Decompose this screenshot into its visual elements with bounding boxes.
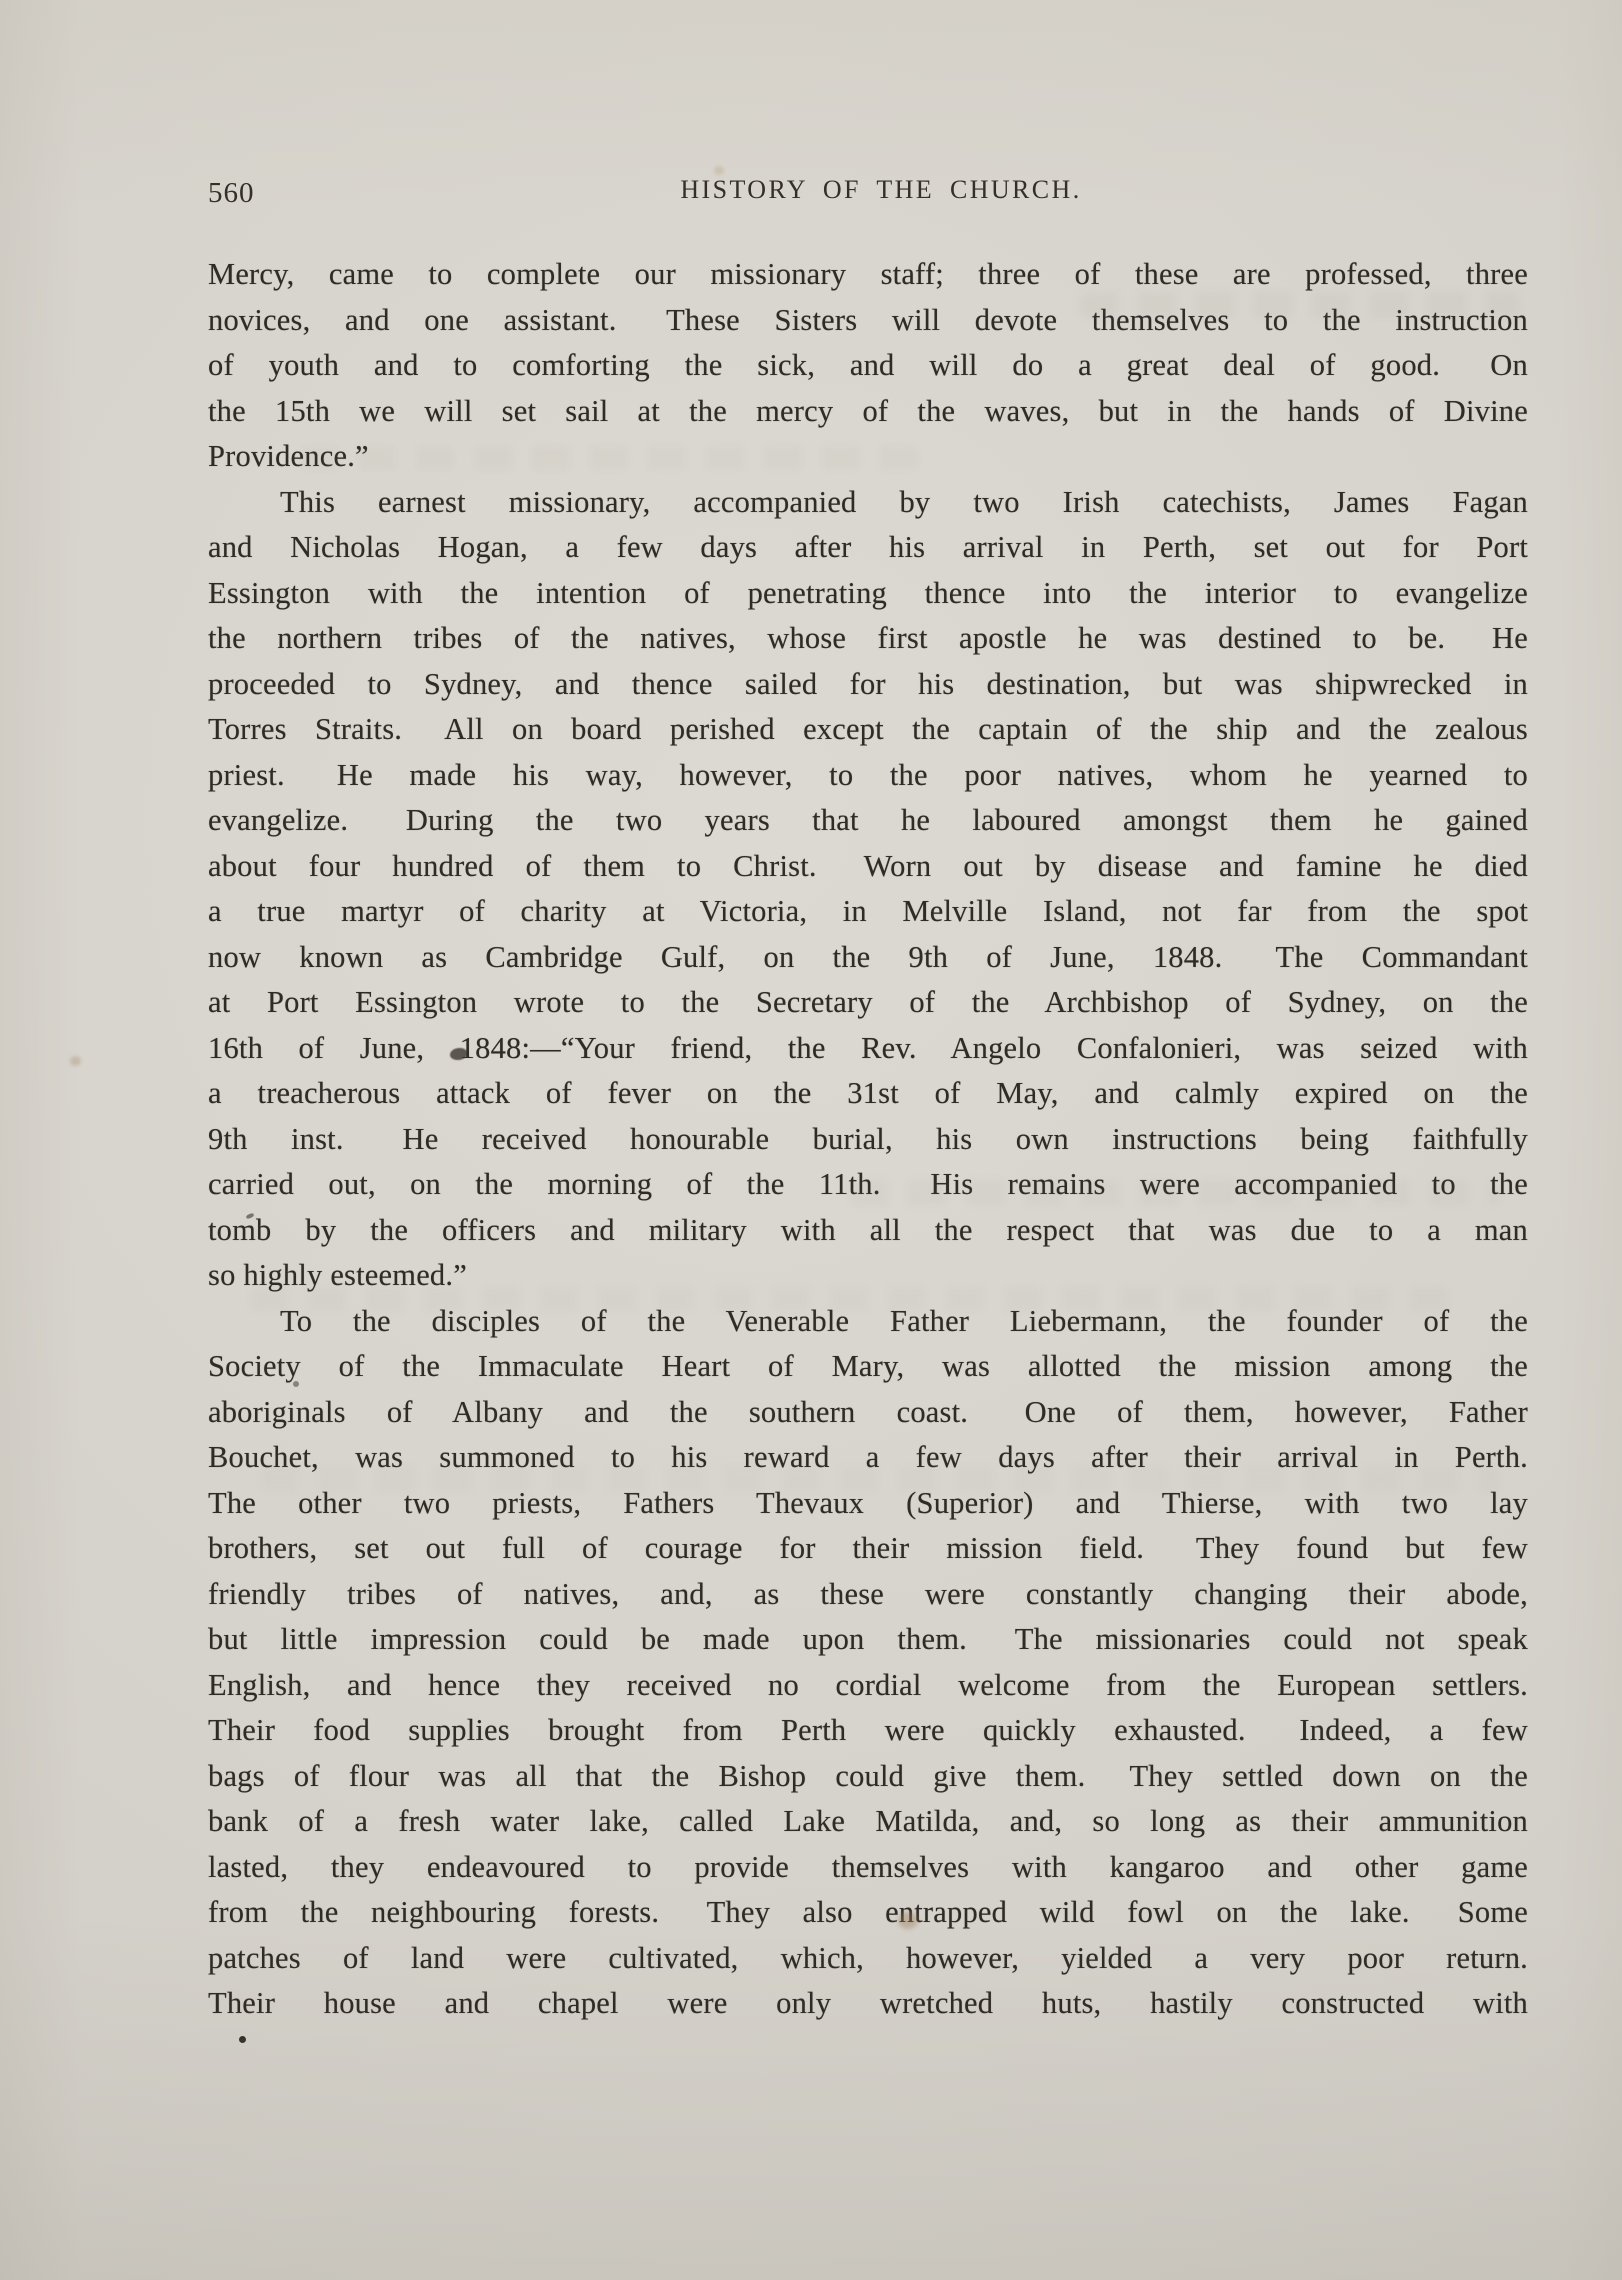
- text-block: Mercy, came to complete our missionary s…: [208, 252, 1528, 2027]
- text-line: Their house and chapel were only wretche…: [208, 1981, 1528, 2027]
- text-line: bags of flour was all that the Bishop co…: [208, 1754, 1528, 1800]
- text-line: Society of the Immaculate Heart of Mary,…: [208, 1344, 1528, 1390]
- text-line: at Port Essington wrote to the Secretary…: [208, 980, 1528, 1026]
- text-line: patches of land were cultivated, which, …: [208, 1936, 1528, 1982]
- text-line: priest. He made his way, however, to the…: [208, 753, 1528, 799]
- text-line: Bouchet, was summoned to his reward a fe…: [208, 1435, 1528, 1481]
- text-line: the northern tribes of the natives, whos…: [208, 616, 1528, 662]
- text-line: the 15th we will set sail at the mercy o…: [208, 389, 1528, 435]
- text-line: proceeded to Sydney, and thence sailed f…: [208, 662, 1528, 708]
- text-line: but little impression could be made upon…: [208, 1617, 1528, 1663]
- text-line: English, and hence they received no cord…: [208, 1663, 1528, 1709]
- book-page: 560 HISTORY OF THE CHURCH. Mercy, came t…: [0, 0, 1622, 2280]
- text-line: Providence.”: [208, 434, 1528, 480]
- text-line: This earnest missionary, accompanied by …: [208, 480, 1528, 526]
- text-line: a treacherous attack of fever on the 31s…: [208, 1071, 1528, 1117]
- text-line: from the neighbouring forests. They also…: [208, 1890, 1528, 1936]
- text-line: Torres Straits. All on board perished ex…: [208, 707, 1528, 753]
- text-line: To the disciples of the Venerable Father…: [208, 1299, 1528, 1345]
- text-line: aboriginals of Albany and the southern c…: [208, 1390, 1528, 1436]
- text-line: lasted, they endeavoured to provide them…: [208, 1845, 1528, 1891]
- text-line: bank of a fresh water lake, called Lake …: [208, 1799, 1528, 1845]
- paper-speck: [70, 1056, 81, 1066]
- text-line: so highly esteemed.”: [208, 1253, 1528, 1299]
- text-line: now known as Cambridge Gulf, on the 9th …: [208, 935, 1528, 981]
- text-line: of youth and to comforting the sick, and…: [208, 343, 1528, 389]
- text-line: 9th inst. He received honourable burial,…: [208, 1117, 1528, 1163]
- text-line: evangelize. During the two years that he…: [208, 798, 1528, 844]
- text-line: about four hundred of them to Christ. Wo…: [208, 844, 1528, 890]
- page-number: 560: [208, 177, 255, 210]
- text-line: brothers, set out full of courage for th…: [208, 1526, 1528, 1572]
- text-line: tomb by the officers and military with a…: [208, 1208, 1528, 1254]
- ink-dot-artifact: [239, 2036, 246, 2043]
- page-header: 560 HISTORY OF THE CHURCH.: [208, 175, 1528, 215]
- text-line: and Nicholas Hogan, a few days after his…: [208, 525, 1528, 571]
- text-line: a true martyr of charity at Victoria, in…: [208, 889, 1528, 935]
- paper-speck: [714, 166, 724, 175]
- text-line: novices, and one assistant. These Sister…: [208, 298, 1528, 344]
- running-header: HISTORY OF THE CHURCH.: [208, 175, 1528, 205]
- text-line: Essington with the intention of penetrat…: [208, 571, 1528, 617]
- paragraph: To the disciples of the Venerable Father…: [208, 1299, 1528, 2027]
- text-line: friendly tribes of natives, and, as thes…: [208, 1572, 1528, 1618]
- text-line: Mercy, came to complete our missionary s…: [208, 252, 1528, 298]
- text-line: Their food supplies brought from Perth w…: [208, 1708, 1528, 1754]
- text-line: The other two priests, Fathers Thevaux (…: [208, 1481, 1528, 1527]
- paragraph: This earnest missionary, accompanied by …: [208, 480, 1528, 1299]
- paragraph: Mercy, came to complete our missionary s…: [208, 252, 1528, 480]
- text-line: carried out, on the morning of the 11th.…: [208, 1162, 1528, 1208]
- text-line: 16th of June, 1848:—“Your friend, the Re…: [208, 1026, 1528, 1072]
